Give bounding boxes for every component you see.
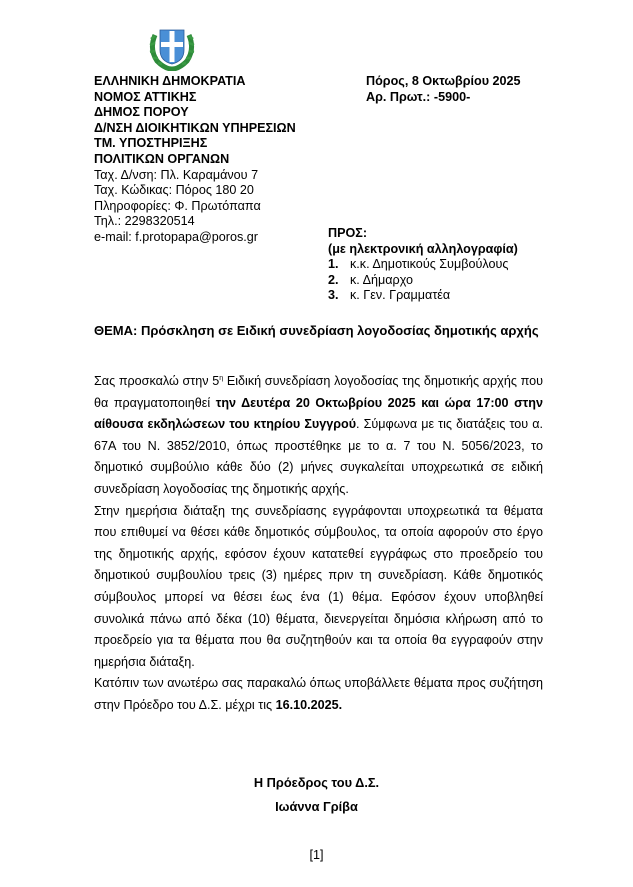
- org-line: ΠΟΛΙΤΙΚΩΝ ΟΡΓΑΝΩΝ: [94, 152, 296, 168]
- recipients-list: 1. κ.κ. Δημοτικούς Συμβούλους 2. κ. Δήμα…: [328, 257, 518, 304]
- page-number: [1]: [0, 848, 633, 862]
- signatory-title: Η Πρόεδρος του Δ.Σ.: [0, 771, 633, 795]
- subject-line: ΘΕΜΑ: Πρόσκληση σε Ειδική συνεδρίαση λογ…: [94, 323, 539, 338]
- address-line: Ταχ. Δ/νση: Πλ. Καραμάνου 7: [94, 168, 296, 184]
- recipients-block: ΠΡΟΣ: (με ηλεκτρονική αλληλογραφία) 1. κ…: [328, 226, 518, 304]
- letter-body: Σας προσκαλώ στην 5η Ειδική συνεδρίαση λ…: [94, 371, 543, 717]
- recipient-item: 3. κ. Γεν. Γραμματέα: [328, 288, 518, 304]
- paragraph-agenda-rules: Στην ημερήσια διάταξη της συνεδρίασης εγ…: [94, 501, 543, 674]
- paragraph-invitation: Σας προσκαλώ στην 5η Ειδική συνεδρίαση λ…: [94, 371, 543, 501]
- recipient-item: 1. κ.κ. Δημοτικούς Συμβούλους: [328, 257, 518, 273]
- date-protocol-block: Πόρος, 8 Οκτωβρίου 2025 Αρ. Πρωτ.: -5900…: [366, 74, 521, 105]
- org-line: ΔΗΜΟΣ ΠΟΡΟΥ: [94, 105, 296, 121]
- postal-code-line: Ταχ. Κώδικας: Πόρος 180 20: [94, 183, 296, 199]
- place-date: Πόρος, 8 Οκτωβρίου 2025: [366, 74, 521, 90]
- org-line: ΕΛΛΗΝΙΚΗ ΔΗΜΟΚΡΑΤΙΑ: [94, 74, 296, 90]
- signature-block: Η Πρόεδρος του Δ.Σ. Ιωάννα Γρίβα: [0, 771, 633, 819]
- email-line: e-mail: f.protopapa@poros.gr: [94, 230, 296, 246]
- paragraph-deadline: Κατόπιν των ανωτέρω σας παρακαλώ όπως υπ…: [94, 673, 543, 716]
- phone-line: Τηλ.: 2298320514: [94, 214, 296, 230]
- sender-block: ΕΛΛΗΝΙΚΗ ΔΗΜΟΚΡΑΤΙΑ ΝΟΜΟΣ ΑΤΤΙΚΗΣ ΔΗΜΟΣ …: [94, 74, 296, 246]
- greek-coat-of-arms-icon: [145, 25, 199, 71]
- recipients-note: (με ηλεκτρονική αλληλογραφία): [328, 242, 518, 258]
- org-line: Δ/ΝΣΗ ΔΙΟΙΚΗΤΙΚΩΝ ΥΠΗΡΕΣΙΩΝ: [94, 121, 296, 137]
- submission-deadline: 16.10.2025.: [276, 698, 343, 712]
- recipients-title: ΠΡΟΣ:: [328, 226, 518, 242]
- recipient-item: 2. κ. Δήμαρχο: [328, 273, 518, 289]
- org-line: ΝΟΜΟΣ ΑΤΤΙΚΗΣ: [94, 90, 296, 106]
- signatory-name: Ιωάννα Γρίβα: [0, 795, 633, 819]
- protocol-number: Αρ. Πρωτ.: -5900-: [366, 90, 521, 106]
- org-line: ΤΜ. ΥΠΟΣΤΗΡΙΞΗΣ: [94, 136, 296, 152]
- info-contact-line: Πληροφορίες: Φ. Πρωτόπαπα: [94, 199, 296, 215]
